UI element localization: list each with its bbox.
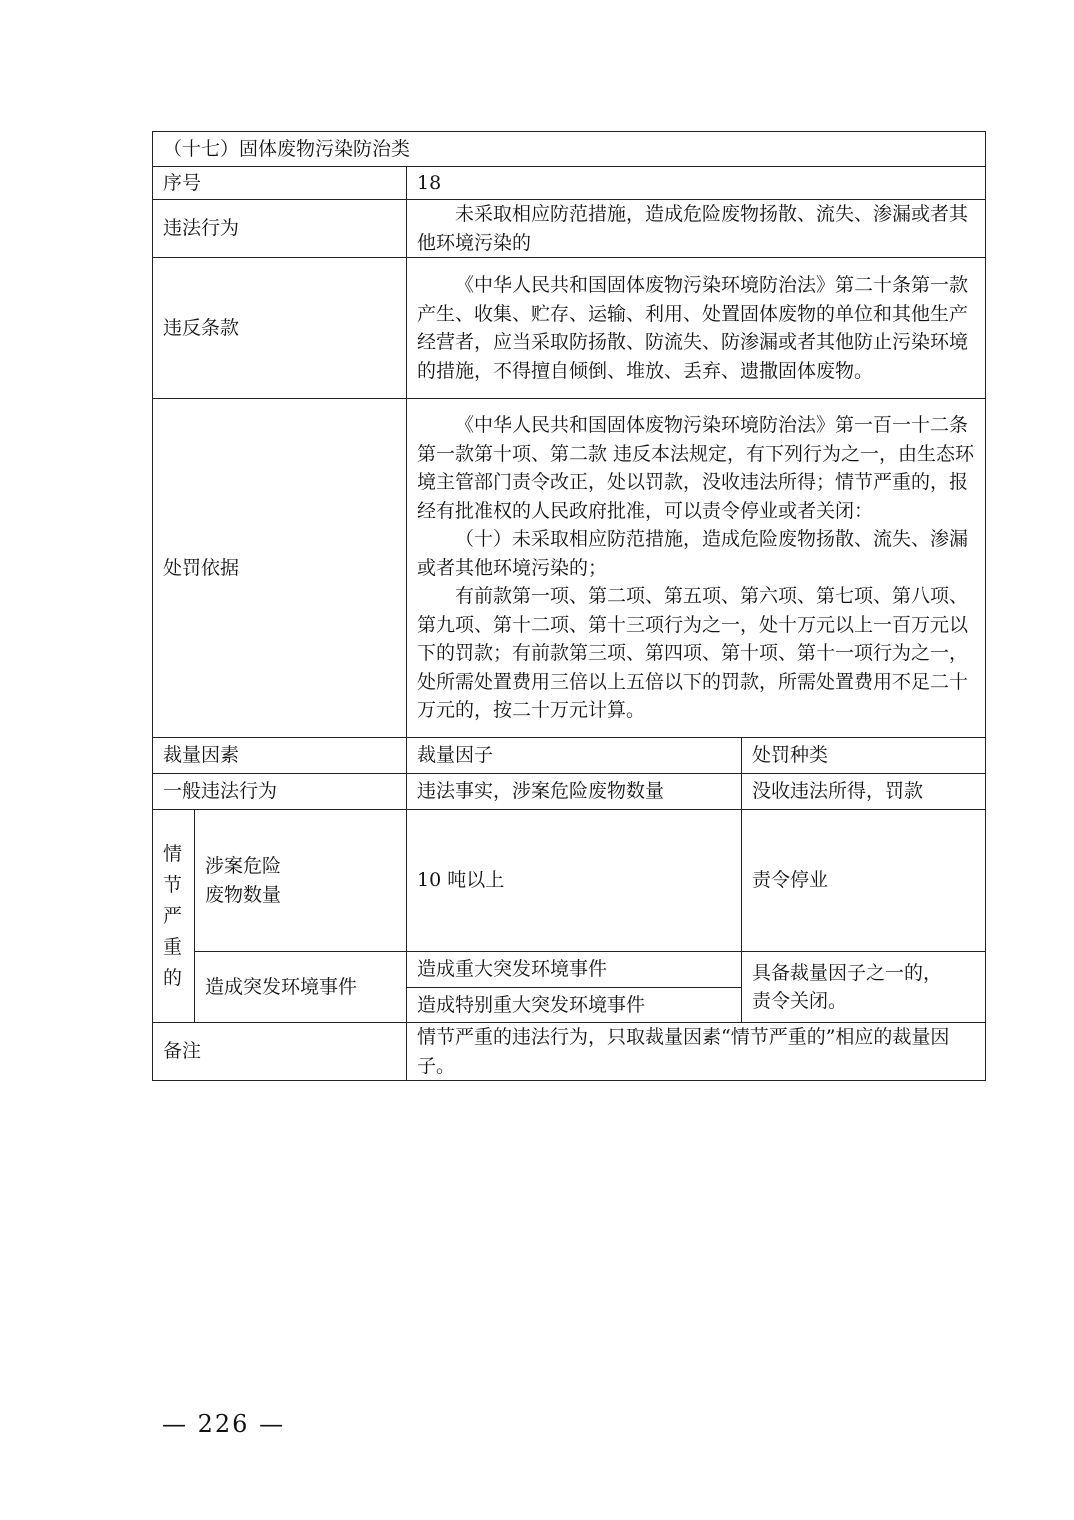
incident-factor-2: 造成特别重大突发环境事件 (407, 988, 742, 1023)
seq-label: 序号 (153, 167, 407, 200)
violation-label: 违法行为 (153, 200, 407, 258)
penalty-basis-p3: 有前款第一项、第二项、第五项、第六项、第七项、第八项、第九项、第十二项、第十三项… (417, 582, 975, 725)
quantity-label-line2: 废物数量 (205, 881, 396, 910)
page-number: — 226 — (162, 1410, 285, 1438)
serious-label: 情 节 严 重 的 (153, 810, 195, 1023)
violated-clause-label: 违反条款 (153, 258, 407, 399)
header-sub-factor: 裁量因子 (407, 738, 742, 774)
header-factor: 裁量因素 (153, 738, 407, 774)
serious-char: 节 (163, 870, 194, 901)
incident-factor-1: 造成重大突发环境事件 (407, 952, 742, 988)
quantity-label-line1: 涉案危险 (205, 852, 396, 881)
quantity-penalty: 责令停业 (742, 810, 986, 952)
quantity-factor: 10 吨以上 (407, 810, 742, 952)
serious-char: 严 (163, 901, 194, 932)
incident-label: 造成突发环境事件 (195, 952, 407, 1023)
seq-value: 18 (407, 167, 986, 200)
penalty-table: （十七）固体废物污染防治类 序号 18 违法行为 未采取相应防范措施，造成危险废… (152, 131, 986, 1081)
serious-char: 重 (163, 932, 194, 963)
remark-label: 备注 (153, 1023, 407, 1081)
incident-penalty: 具备裁量因子之一的， 责令关闭。 (742, 952, 986, 1023)
penalty-basis-label: 处罚依据 (153, 399, 407, 738)
incident-penalty-line2: 责令关闭。 (752, 987, 975, 1016)
remark-value: 情节严重的违法行为，只取裁量因素“情节严重的”相应的裁量因子。 (407, 1023, 986, 1081)
section-title: （十七）固体废物污染防治类 (153, 132, 986, 167)
quantity-label: 涉案危险 废物数量 (195, 810, 407, 952)
general-label: 一般违法行为 (153, 774, 407, 810)
serious-char: 情 (163, 839, 194, 870)
header-penalty-type: 处罚种类 (742, 738, 986, 774)
general-penalty: 没收违法所得，罚款 (742, 774, 986, 810)
penalty-basis-p1: 《中华人民共和国固体废物污染环境防治法》第一百一十二条第一款第十项、第二款 违反… (417, 411, 975, 525)
penalty-basis-p2: （十）未采取相应防范措施，造成危险废物扬散、流失、渗漏或者其他环境污染的； (417, 525, 975, 582)
violated-clause-value: 《中华人民共和国固体废物污染环境防治法》第二十条第一款 产生、收集、贮存、运输、… (407, 258, 986, 399)
general-factor: 违法事实，涉案危险废物数量 (407, 774, 742, 810)
penalty-basis-value: 《中华人民共和国固体废物污染环境防治法》第一百一十二条第一款第十项、第二款 违反… (407, 399, 986, 738)
incident-penalty-line1: 具备裁量因子之一的， (752, 959, 975, 988)
serious-char: 的 (163, 963, 194, 994)
violation-value: 未采取相应防范措施，造成危险废物扬散、流失、渗漏或者其他环境污染的 (407, 200, 986, 258)
